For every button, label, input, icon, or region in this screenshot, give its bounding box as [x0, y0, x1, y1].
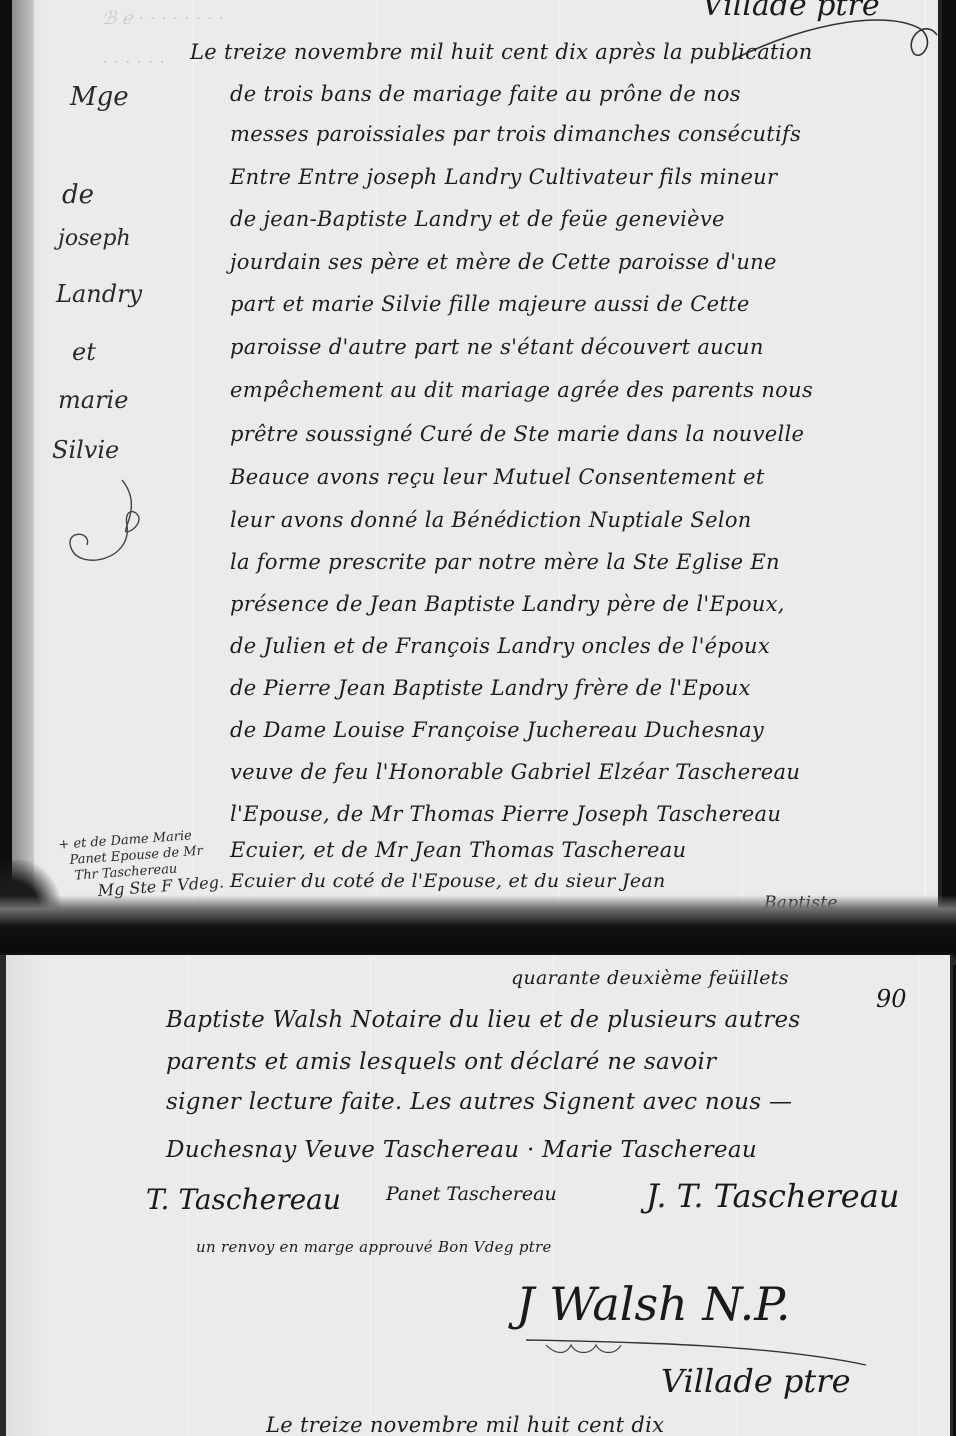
register-text-line: paroisse d'autre part ne s'étant découve…: [230, 335, 764, 359]
register-text-line: de Dame Louise Françoise Juchereau Duche…: [230, 718, 764, 742]
register-text-line: Ecuier, et de Mr Jean Thomas Taschereau: [230, 838, 686, 862]
margin-name-line: et: [72, 338, 96, 366]
register-text-line: présence de Jean Baptiste Landry père de…: [230, 592, 785, 616]
margin-name-line: marie: [58, 386, 128, 414]
margin-name-line: Silvie: [52, 436, 119, 464]
priest-signature: Villade ptre: [661, 1362, 851, 1400]
register-text-line: jourdain ses père et mère de Cette paroi…: [230, 250, 777, 274]
margin-entry-type: Mge: [70, 82, 129, 112]
signature-panet-taschereau: Panet Taschereau: [386, 1183, 557, 1205]
register-text-line: Baptiste Walsh Notaire du lieu et de plu…: [166, 1007, 801, 1033]
register-text-line: Beauce avons reçu leur Mutuel Consenteme…: [230, 465, 765, 489]
register-text-line: Duchesnay Veuve Taschereau · Marie Tasch…: [166, 1137, 757, 1163]
folio-mark: 90: [876, 985, 907, 1013]
margin-name-line: joseph: [58, 226, 131, 251]
register-text-line: part et marie Silvie fille majeure aussi…: [230, 292, 750, 316]
signature-jt-taschereau: J. T. Taschereau: [646, 1177, 899, 1215]
next-entry-start: Le treize novembre mil huit cent dix: [266, 1413, 664, 1436]
register-text-line: de Julien et de François Landry oncles d…: [230, 634, 770, 658]
register-text-line: veuve de feu l'Honorable Gabriel Elzéar …: [230, 760, 800, 784]
notary-signature: J Walsh N.P.: [516, 1277, 791, 1331]
register-text-line: de jean-Baptiste Landry et de feüe genev…: [230, 207, 725, 231]
binding-edge: [12, 0, 34, 920]
register-text-line: empêchement au dit mariage agrée des par…: [230, 378, 813, 402]
register-text-line: Le treize novembre mil huit cent dix apr…: [190, 40, 813, 64]
marginal-approval-note: un renvoy en marge approuvé Bon Vdeg ptr…: [196, 1238, 552, 1256]
register-page-top: ℬ ℯ · · · · · · · · · · · · · · Villade …: [12, 0, 942, 920]
register-text-line: Ecuier du coté de l'Epouse, et du sieur …: [230, 870, 666, 892]
register-text-line: Entre Entre joseph Landry Cultivateur fi…: [230, 165, 777, 189]
register-page-bottom: quarante deuxième feüillets 90 Baptiste …: [0, 955, 953, 1436]
margin-name-line: de: [62, 180, 94, 210]
register-text-line: prêtre soussigné Curé de Ste marie dans …: [230, 422, 804, 446]
register-text-line: l'Epouse, de Mr Thomas Pierre Joseph Tas…: [230, 802, 781, 826]
signature-t-taschereau: T. Taschereau: [146, 1183, 341, 1216]
folio-heading: quarante deuxième feüillets: [511, 967, 789, 989]
margin-addendum: + et de Dame Marie Panet Epouse de Mr Th…: [58, 826, 225, 901]
margin-name-line: Landry: [56, 280, 142, 308]
register-text-line: la forme prescrite par notre mère la Ste…: [230, 550, 780, 574]
register-text-line: leur avons donné la Bénédiction Nuptiale…: [230, 508, 752, 532]
register-text-line: parents et amis lesquels ont déclaré ne …: [166, 1049, 716, 1075]
register-text-line: de trois bans de mariage faite au prône …: [230, 82, 741, 106]
register-text-line: de Pierre Jean Baptiste Landry frère de …: [230, 676, 751, 700]
register-text-line: messes paroissiales par trois dimanches …: [230, 122, 801, 146]
register-text-line: signer lecture faite. Les autres Signent…: [166, 1089, 792, 1115]
margin-flourish-icon: [52, 470, 172, 580]
